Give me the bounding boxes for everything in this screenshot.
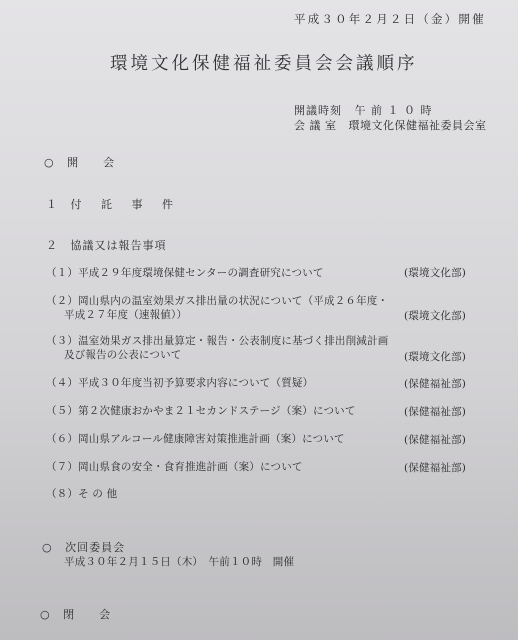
time-label: 開議時刻 <box>294 104 342 117</box>
circle-bullet-icon: ○ <box>42 541 53 554</box>
department: (保健福祉部) <box>404 404 466 419</box>
agenda-item-5: （５）第２次健康おかやま２１セカンドステージ（案）について <box>46 403 356 418</box>
circle-bullet-icon: ○ <box>40 608 51 621</box>
section-closing: ○ 閉 会 <box>40 606 111 622</box>
document-title: 環境文化保健福祉委員会会議順序 <box>110 50 418 75</box>
section-label: 付 託 事 件 <box>71 198 182 211</box>
meeting-date: 平成３０年２月２日（金）開催 <box>294 11 486 27</box>
room-value: 環境文化保健福祉委員会室 <box>349 119 487 132</box>
department: (保健福祉部) <box>404 376 466 391</box>
meeting-room: 会 議 室 環境文化保健福祉委員会室 <box>294 117 487 133</box>
agenda-item-7: （７）岡山県食の安全・食育推進計画（案）について <box>46 459 303 474</box>
room-label: 会 議 室 <box>294 119 337 132</box>
time-value: 午 前 １ ０ 時 <box>355 104 433 117</box>
next-meeting-label: 次回委員会 <box>65 541 125 554</box>
agenda-item-3: （３）温室効果ガス排出量算定・報告・公表制度に基づく排出削減計画 <box>46 333 388 348</box>
section-2: ２ 協議又は報告事項 <box>46 237 167 253</box>
department: (環境文化部) <box>404 308 466 323</box>
department: (保健福祉部) <box>404 460 466 475</box>
agenda-item-2-cont: 平成２７年度（速報値）） <box>64 307 187 322</box>
section-opening: ○ 開 会 <box>44 154 115 170</box>
agenda-item-8: （８）そ の 他 <box>46 486 117 501</box>
section-1: １ 付 託 事 件 <box>46 196 181 212</box>
section-number: ２ <box>46 239 58 252</box>
agenda-item-4: （４）平成３０年度当初予算要求内容について（質疑） <box>46 375 313 390</box>
meeting-time: 開議時刻 午 前 １ ０ 時 <box>294 102 433 118</box>
agenda-item-1: （１）平成２９年度環境保健センターの調査研究について <box>46 265 324 280</box>
agenda-item-3-cont: 及び報告の公表について <box>64 347 182 362</box>
agenda-item-2: （２）岡山県内の温室効果ガス排出量の状況について（平成２６年度・ <box>46 293 388 308</box>
document-page: 平成３０年２月２日（金）開催 環境文化保健福祉委員会会議順序 開議時刻 午 前 … <box>0 0 518 640</box>
agenda-item-6: （６）岡山県アルコール健康障害対策推進計画（案）について <box>46 431 345 446</box>
section-label: 協議又は報告事項 <box>71 239 167 252</box>
circle-bullet-icon: ○ <box>44 156 55 169</box>
section-number: １ <box>46 198 58 211</box>
department: (環境文化部) <box>404 349 466 364</box>
next-meeting-detail: 平成３０年２月１５日（木） 午前１０時 開催 <box>64 554 294 569</box>
next-meeting: ○ 次回委員会 <box>42 539 125 555</box>
department: (保健福祉部) <box>404 432 466 447</box>
closing-label: 閉 会 <box>63 608 111 621</box>
opening-label: 開 会 <box>67 156 115 169</box>
department: (環境文化部) <box>404 265 466 280</box>
